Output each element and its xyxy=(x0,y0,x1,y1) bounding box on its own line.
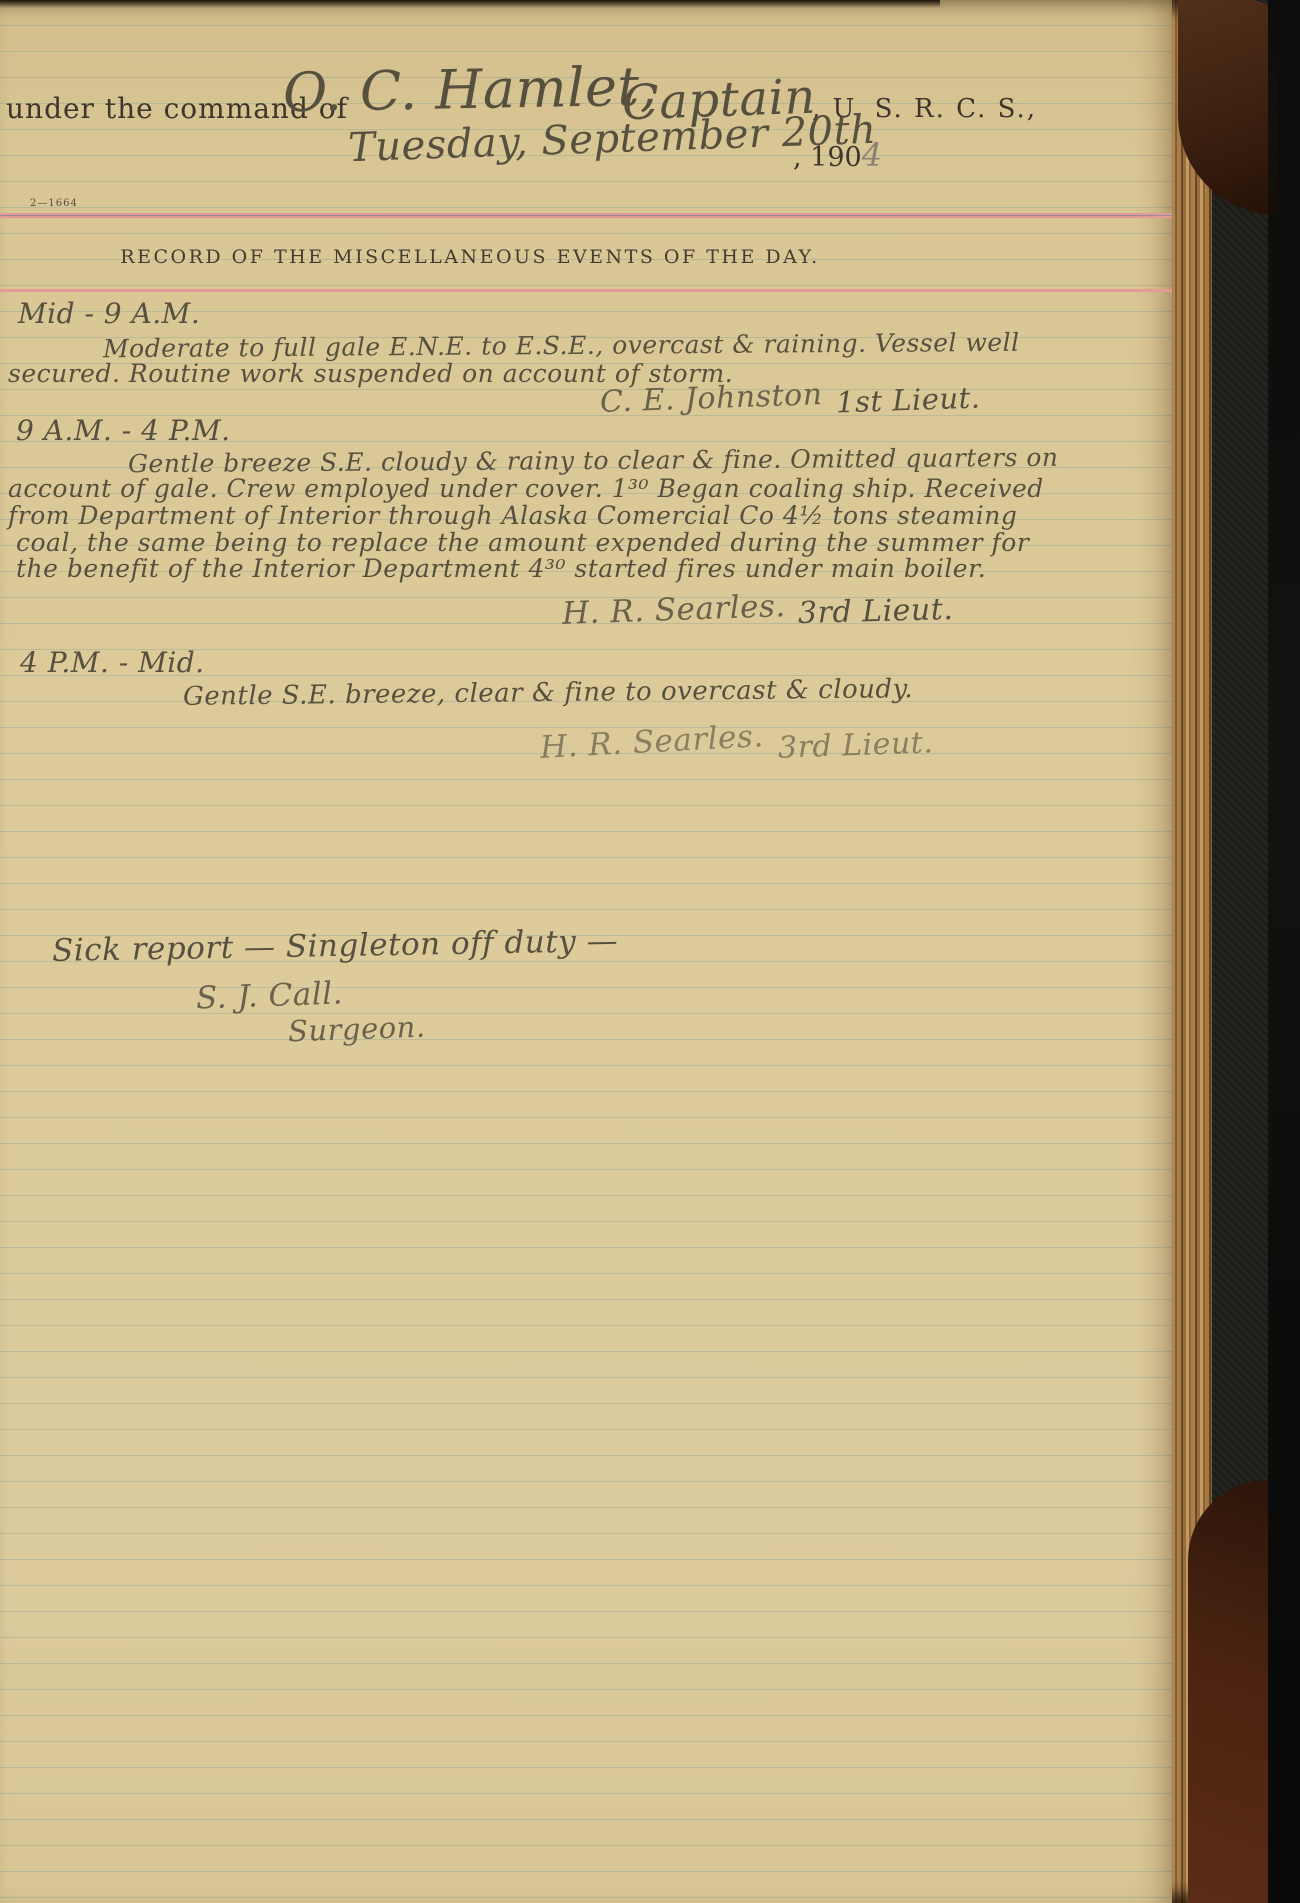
logbook-photo: under the command of O. C. Hamlet, Capta… xyxy=(0,0,1300,1903)
page-top-edge-shadow xyxy=(0,0,940,8)
logbook-page: under the command of O. C. Hamlet, Capta… xyxy=(0,0,1172,1903)
entry-period: Mid - 9 A.M. xyxy=(18,297,200,330)
entry-line: coal, the same being to replace the amou… xyxy=(16,528,1029,557)
entry-line: account of gale. Crew employed under cov… xyxy=(8,474,1044,503)
header-double-rule xyxy=(0,213,1172,218)
officer-signature-rank: 1st Lieut. xyxy=(835,380,981,419)
officer-signature: H. R. Searles. xyxy=(539,718,764,766)
entry-line: the benefit of the Interior Department 4… xyxy=(16,554,986,583)
officer-signature: H. R. Searles. xyxy=(561,588,786,632)
section-title: RECORD OF THE MISCELLANEOUS EVENTS OF TH… xyxy=(0,246,940,268)
entry-line: Moderate to full gale E.N.E. to E.S.E., … xyxy=(103,328,1020,363)
book-cover-bottom-corner xyxy=(1188,1480,1268,1903)
background-right-edge xyxy=(1268,0,1300,1903)
form-number: 2—1664 xyxy=(30,198,78,209)
entry-line: Gentle S.E. breeze, clear & fine to over… xyxy=(183,674,913,712)
surgeon-signature: S. J. Call. xyxy=(195,975,343,1016)
sick-report-line: Sick report — Singleton off duty — xyxy=(52,923,619,969)
surgeon-signature-title: Surgeon. xyxy=(287,1010,426,1049)
officer-signature-rank: 3rd Lieut. xyxy=(777,725,933,765)
entry-period: 9 A.M. - 4 P.M. xyxy=(16,414,231,447)
entry-period: 4 P.M. - Mid. xyxy=(20,646,205,679)
officer-signature-rank: 3rd Lieut. xyxy=(798,592,954,631)
entry-line: Gentle breeze S.E. cloudy & rainy to cle… xyxy=(128,443,1059,478)
printed-year-prefix: , 190 xyxy=(793,142,862,173)
year-digit-handwritten: 4 xyxy=(862,136,883,174)
section-divider-rule xyxy=(0,289,1172,292)
officer-signature: C. E. Johnston xyxy=(599,377,823,420)
commander-name-handwritten: O. C. Hamlet, xyxy=(282,55,657,125)
year-line: , 1904 xyxy=(793,136,883,174)
entry-line: from Department of Interior through Alas… xyxy=(8,501,1017,530)
